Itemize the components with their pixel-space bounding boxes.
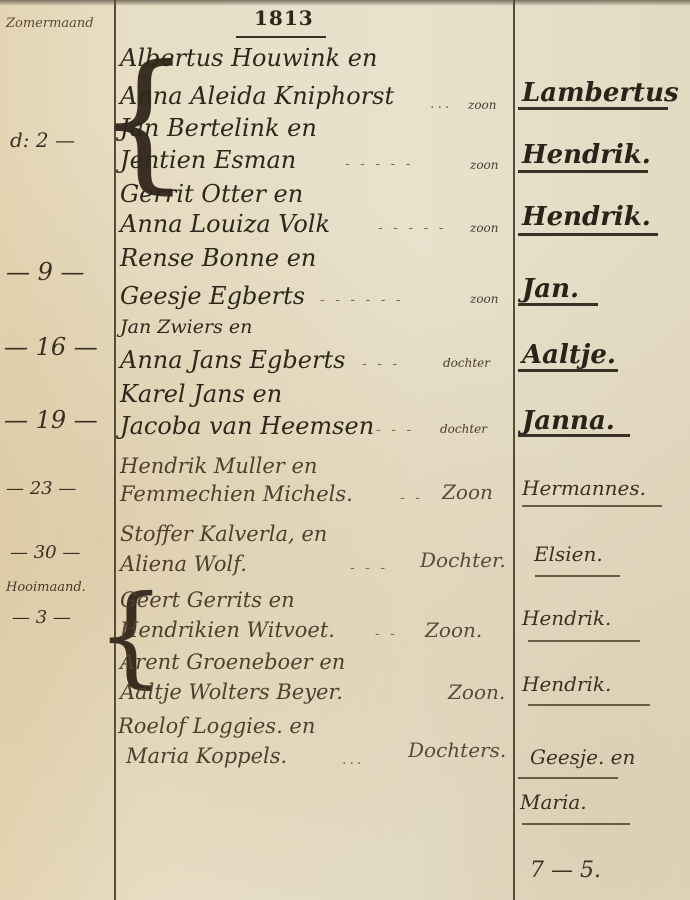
right-column-rule [513,0,515,900]
leader-dots: ... [342,752,364,768]
mother-name: Anna Aleida Kniphorst [120,82,394,110]
mother-name: Jentien Esman [120,146,296,174]
child-underline [522,505,662,507]
leader-dots: - - - [362,356,400,372]
mother-name: Anna Louiza Volk [120,210,330,238]
child-name: Geesje. en [530,745,635,769]
register-page: Zomermaand 1813 d: 2 — — 9 — — 16 — — 19… [0,0,690,900]
child-name: Hendrik. [522,140,651,170]
leader-dots: - - - - - - [320,292,404,308]
mother-name: Femmechien Michels. [120,482,353,506]
father-name: Gerrit Otter en [120,180,303,208]
child-underline [518,107,668,110]
page-edge-shadow [0,0,690,6]
leader-dots: - - - [376,422,414,438]
child-sex: Zoon. [425,618,482,642]
date-label: — 9 — [6,258,85,286]
leader-dots: - - [400,490,423,506]
child-underline [518,369,618,372]
mother-name: Anna Jans Egberts [120,346,345,374]
child-sex: zoon [468,98,497,112]
father-name: Albertus Houwink en [120,44,377,72]
child-underline [528,704,650,706]
father-name: Jan Bertelink en [120,114,317,142]
child-name: Lambertus [522,78,679,108]
date-label: — 16 — [4,333,98,361]
leader-dots: - - - [350,560,388,576]
child-underline [518,170,648,173]
leader-dots: - - - - - [378,220,446,236]
child-name: Hendrik. [522,672,611,696]
date-label: — 23 — [6,478,76,499]
child-sex: Zoon [442,480,493,504]
page-total: 7 — 5. [530,858,601,883]
father-name: Geert Gerrits en [120,588,295,612]
child-sex: Dochters. [408,738,506,762]
child-name: Hermannes. [522,476,646,500]
second-month-label: Hooimaand. [6,580,86,595]
leader-dots: - - [375,626,398,642]
child-name: Maria. [520,790,587,814]
child-name: Hendrik. [522,606,611,630]
child-sex: Dochter. [420,548,506,572]
father-name: Arent Groeneboer en [120,650,345,674]
father-name: Jan Zwiers en [120,316,252,338]
father-name: Rense Bonne en [120,244,316,272]
child-underline [535,575,620,577]
mother-name: Maria Koppels. [126,744,287,768]
child-underline [518,233,658,236]
mother-name: Jacoba van Heemsen [120,412,374,440]
child-underline [518,434,630,437]
child-underline [518,303,598,306]
mother-name: Geesje Egberts [120,282,305,310]
child-name: Hendrik. [522,202,651,232]
father-name: Roelof Loggies. en [118,714,315,738]
leader-dots: - - - - - [345,156,413,172]
child-name: Jan. [522,274,579,304]
child-sex: zoon [470,292,499,306]
child-sex: zoon [470,158,499,172]
child-underline [522,823,630,825]
date-label: — 19 — [4,406,98,434]
date-label: d: 2 — [10,128,75,152]
child-sex: dochter [440,422,487,436]
mother-name: Hendrikien Witvoet. [120,618,335,642]
date-label: — 3 — [12,607,71,628]
child-name: Elsien. [534,542,603,566]
child-underline [518,777,618,779]
year-header: 1813 [254,6,314,30]
father-name: Hendrik Muller en [120,454,317,478]
child-name: Janna. [522,406,615,436]
year-underline [236,36,326,38]
child-sex: Zoon. [448,680,505,704]
date-label: — 30 — [10,542,80,563]
child-sex: zoon [470,221,499,235]
month-header: Zomermaand [6,16,94,31]
child-underline [528,640,640,642]
child-sex: dochter [443,356,490,370]
mother-name: Aliena Wolf. [120,552,247,576]
father-name: Karel Jans en [120,380,282,408]
mother-name: Aaltje Wolters Beyer. [120,680,343,704]
child-name: Aaltje. [522,340,616,370]
father-name: Stoffer Kalverla, en [120,522,327,546]
leader-dots: ... [430,96,452,112]
